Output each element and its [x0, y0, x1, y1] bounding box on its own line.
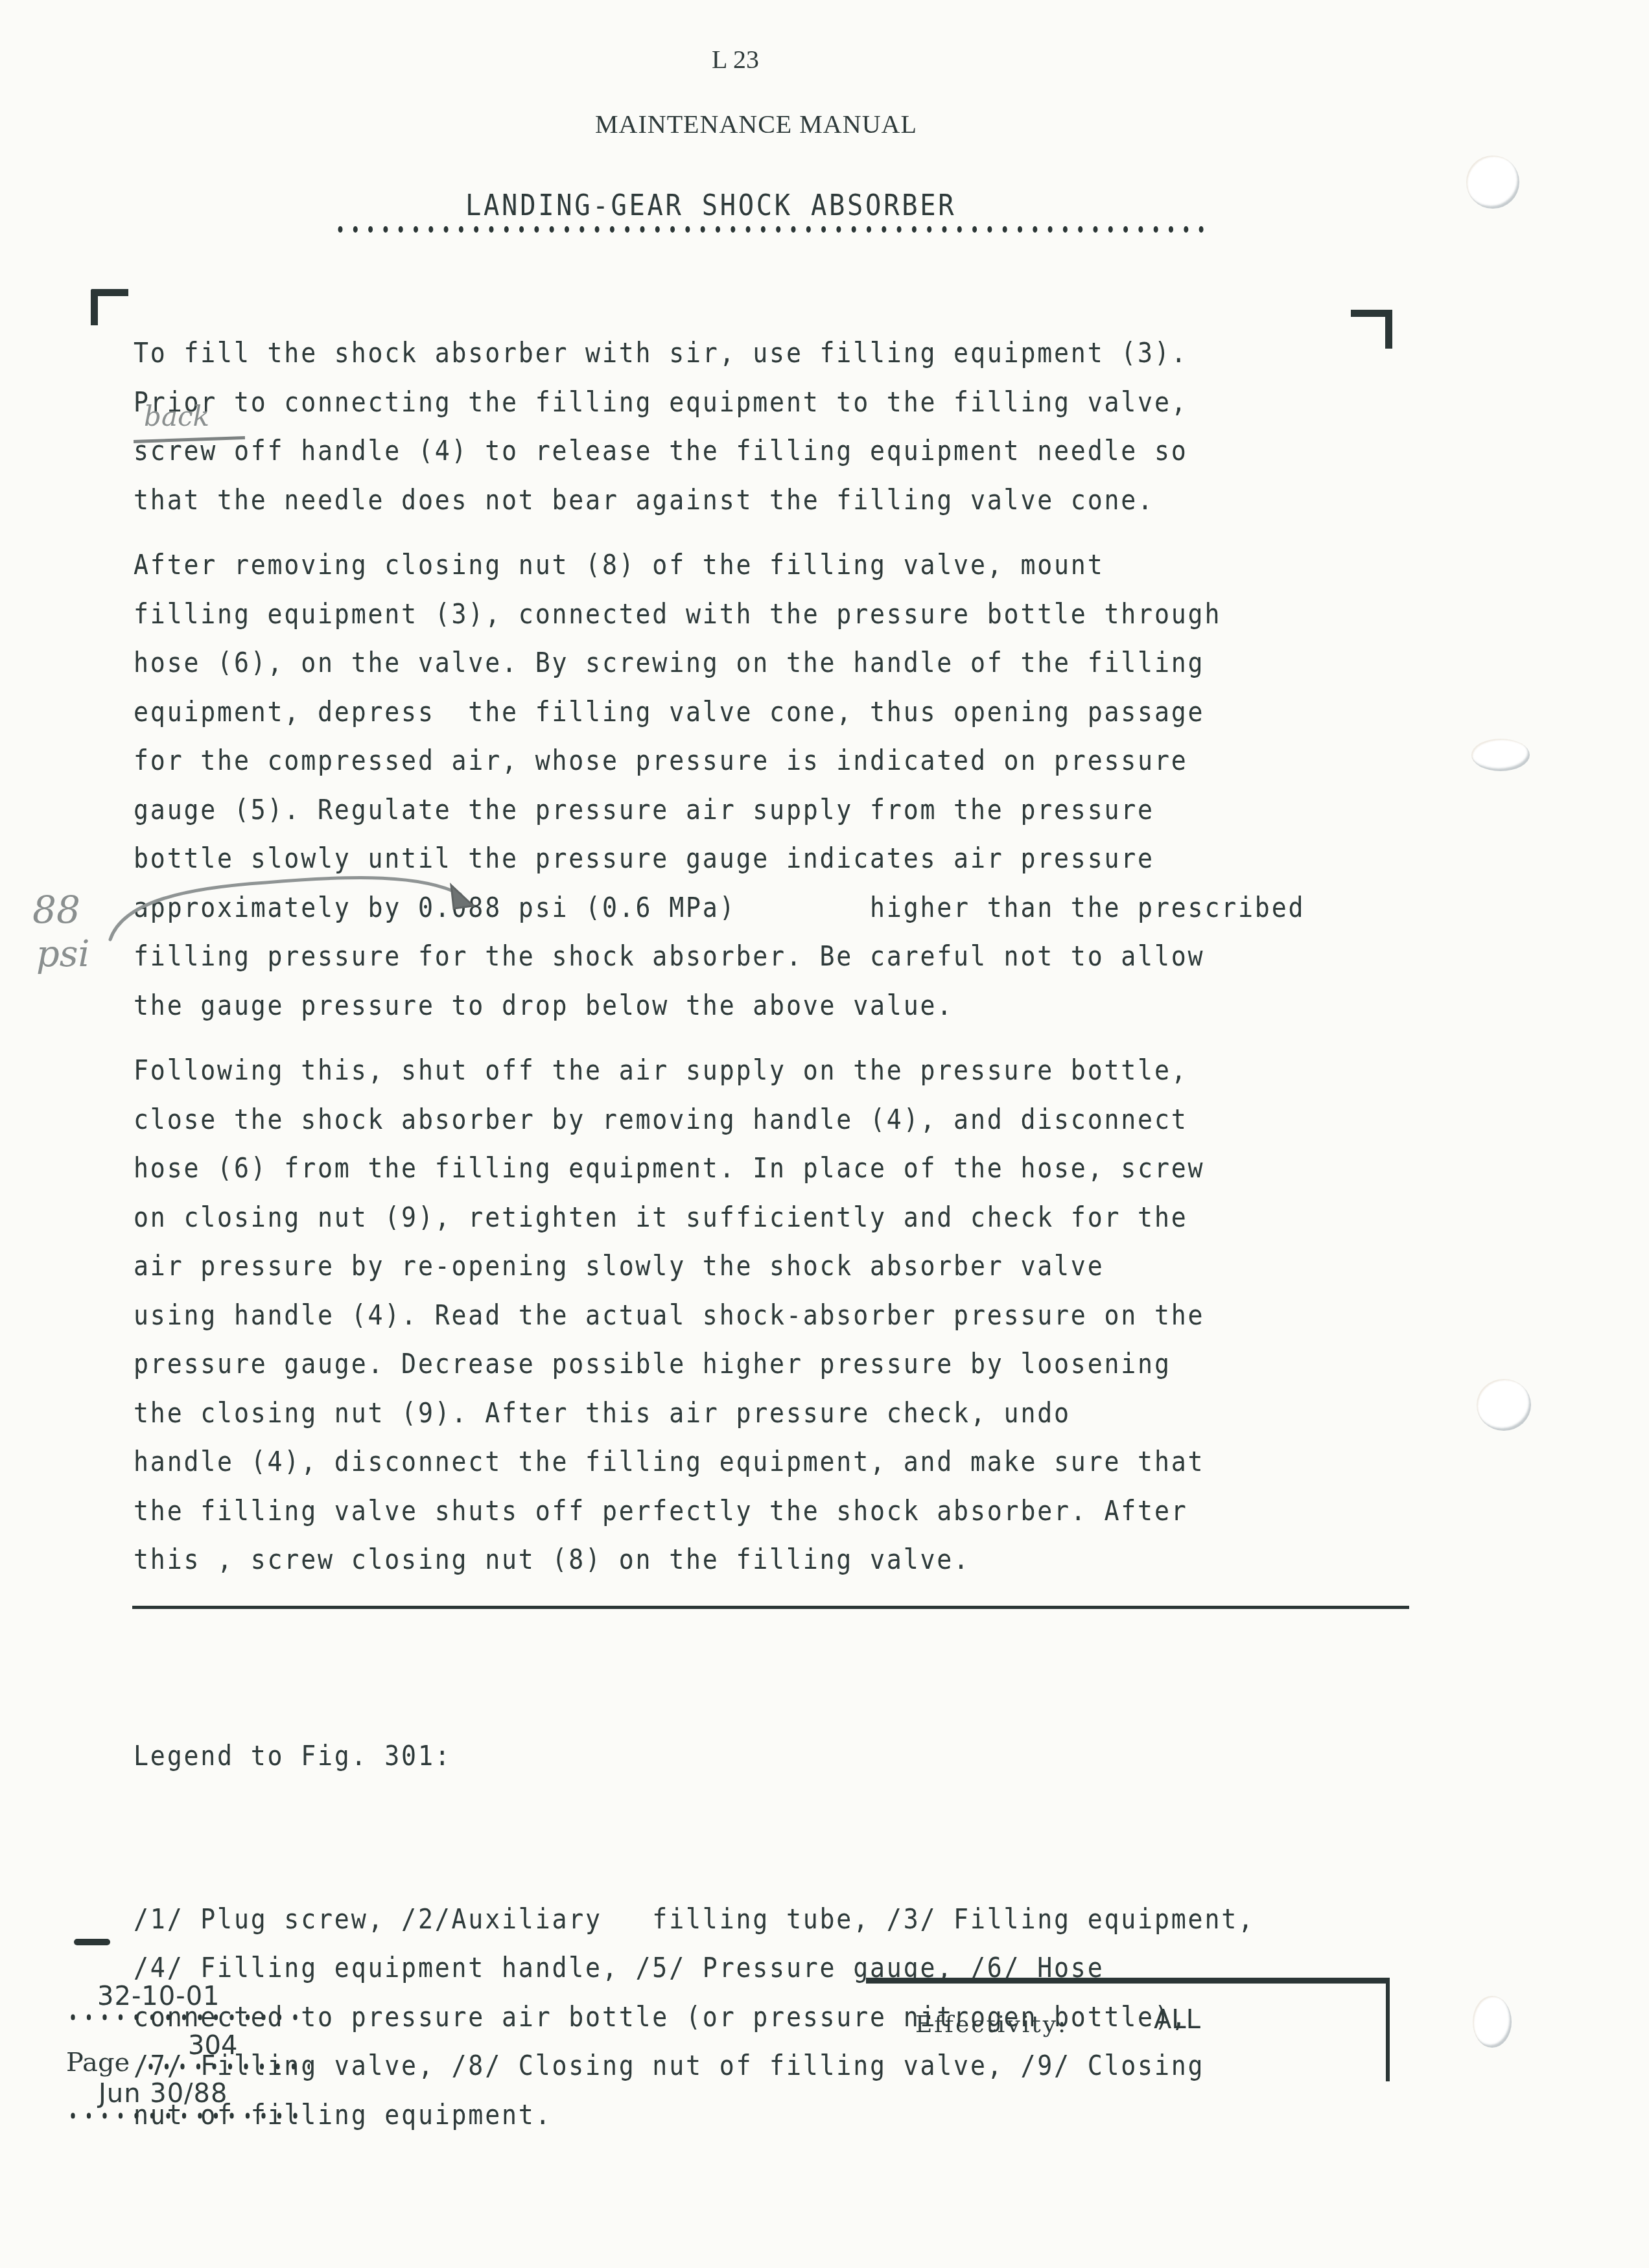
manual-title: MAINTENANCE MANUAL: [595, 109, 917, 139]
text-line: handle (4), disconnect the filling equip…: [134, 1438, 1300, 1487]
paragraph: Following this, shut off the air supply …: [134, 1047, 1300, 1585]
handwritten-arrow-icon: [84, 855, 499, 985]
text-line: air pressure by re-opening slowly the sh…: [134, 1242, 1300, 1291]
dotted-rule: [148, 2063, 310, 2070]
margin-dash-mark: [74, 1939, 110, 1945]
punch-hole: [1477, 1379, 1531, 1431]
text-line: using handle (4). Read the actual shock-…: [134, 1291, 1300, 1341]
text-line: pressure gauge. Decrease possible higher…: [134, 1340, 1300, 1389]
text-line: screw off handle (4) to release the fill…: [134, 427, 1300, 476]
document-code: L 23: [712, 44, 759, 75]
margin-note-value: 88: [32, 888, 80, 932]
punch-hole: [1473, 1996, 1512, 2048]
revision-date: Jun 30/88: [99, 2079, 228, 2109]
text-line: this , screw closing nut (8) on the fill…: [134, 1536, 1300, 1585]
effectivity-label: Effectivity:: [915, 2011, 1068, 2038]
legend-line: nut of filling equipment.: [134, 2091, 1359, 2140]
dotted-divider-top: [337, 226, 1213, 233]
section-title: LANDING-GEAR SHOCK ABSORBER: [465, 189, 956, 222]
figure-legend: Legend to Fig. 301: /1/ Plug screw, /2/A…: [134, 1634, 1359, 2189]
text-line: the gauge pressure to drop below the abo…: [134, 982, 1300, 1031]
text-line: the filling valve shuts off perfectly th…: [134, 1487, 1300, 1536]
page-label: Page: [66, 2048, 130, 2077]
text-line: that the needle does not bear against th…: [134, 476, 1300, 526]
text-line: close the shock absorber by removing han…: [134, 1096, 1300, 1145]
punch-hole: [1471, 739, 1530, 771]
text-line: on closing nut (9), retighten it suffici…: [134, 1194, 1300, 1243]
corner-mark-top-left: [91, 289, 128, 325]
text-line: After removing closing nut (8) of the fi…: [134, 541, 1300, 590]
text-line: the closing nut (9). After this air pres…: [134, 1389, 1300, 1439]
text-line: Prior to connecting the filling equipmen…: [134, 378, 1300, 428]
dotted-rule: [70, 2112, 310, 2119]
dotted-rule: [70, 2014, 310, 2020]
page-number: 304: [188, 2031, 237, 2061]
legend-title: Legend to Fig. 301:: [134, 1732, 1359, 1781]
text-line: hose (6), on the valve. By screwing on t…: [134, 639, 1300, 688]
effectivity-value: ALL: [1154, 2005, 1200, 2035]
text-line: gauge (5). Regulate the pressure air sup…: [134, 786, 1300, 835]
section-separator: [132, 1606, 1409, 1609]
legend-line: /1/ Plug screw, /2/Auxiliary filling tub…: [134, 1895, 1359, 1945]
corner-mark-top-right: [1351, 310, 1392, 349]
text-line: equipment, depress the filling valve con…: [134, 688, 1300, 737]
punch-hole: [1466, 156, 1519, 209]
chapter-reference: 32-10-01: [97, 1982, 220, 2011]
text-line: filling equipment (3), connected with th…: [134, 590, 1300, 640]
text-line: for the compressed air, whose pressure i…: [134, 737, 1300, 786]
margin-note-unit: psi: [36, 933, 90, 975]
text-line: Following this, shut off the air supply …: [134, 1047, 1300, 1096]
text-line: To fill the shock absorber with sir, use…: [134, 329, 1300, 378]
text-line: hose (6) from the filling equipment. In …: [134, 1144, 1300, 1194]
paragraph: To fill the shock absorber with sir, use…: [134, 329, 1300, 525]
handwritten-correction: back: [144, 400, 209, 432]
